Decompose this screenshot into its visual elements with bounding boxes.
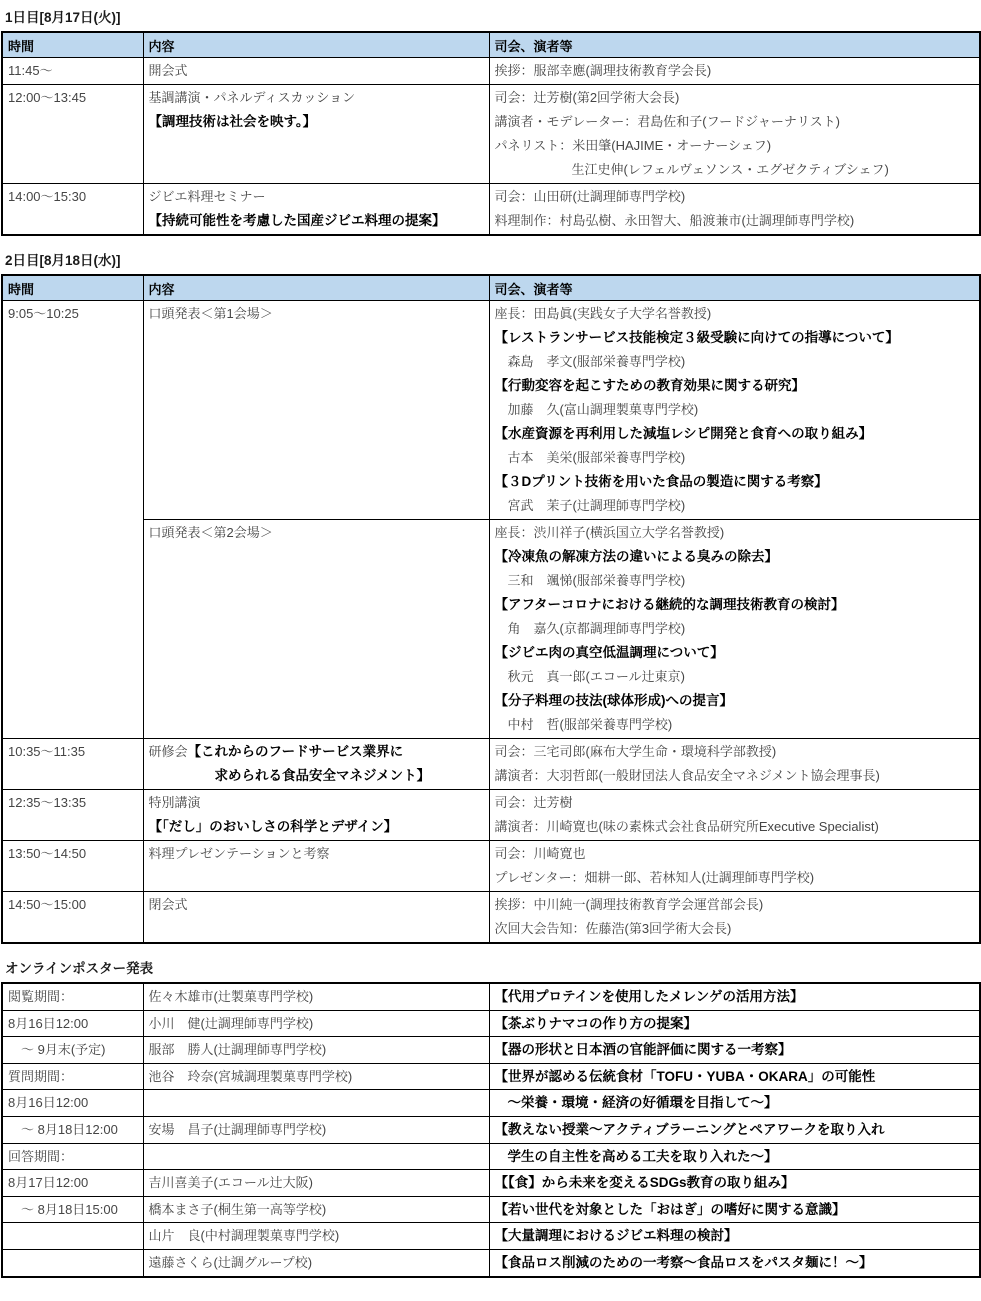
text-line: 生江史伸(レフェルヴェソンス・エグゼクティブシェフ) — [495, 158, 975, 182]
poster-period-cell: 8月16日12:00 — [2, 1010, 143, 1037]
text-line: 橋本まさ子(桐生第一高等学校) — [149, 1198, 484, 1222]
schedule-row: 12:35～13:35特別講演【「だし」のおいしさの科学とデザイン】司会：辻芳樹… — [2, 790, 980, 841]
day2-title: 2日目[8月18日(水)] — [5, 249, 980, 269]
section-day1: 1日目[8月17日(火)] 時間 内容 司会、演者等 11:45～開会式挨拶：服… — [1, 6, 980, 236]
text-line: 【分子料理の技法(球体形成)への提言】 — [495, 689, 975, 713]
text-line: 回答期間： — [8, 1145, 138, 1169]
day2-header-row: 時間 内容 司会、演者等 — [2, 275, 980, 301]
poster-row: 山片 良(中村調理製菓専門学校)【大量調理におけるジビエ料理の検討】 — [2, 1223, 980, 1250]
text-line: 【代用プロテインを使用したメレンゲの活用方法】 — [495, 985, 975, 1009]
text-line: 森島 孝文(服部栄養専門学校) — [495, 350, 975, 374]
poster-title: オンラインポスター発表 — [5, 957, 980, 977]
poster-title-cell: 【教えない授業～アクティブラーニングとペアワークを取り入れ — [489, 1116, 980, 1143]
time-cell: 13:50～14:50 — [2, 841, 143, 892]
text-line: 司会：辻芳樹(第2回学術大会長) — [495, 86, 975, 110]
poster-row: ～ 8月18日12:00安場 昌子(辻調理師専門学校)【教えない授業～アクティブ… — [2, 1116, 980, 1143]
poster-period-cell: ～ 8月18日15:00 — [2, 1196, 143, 1223]
poster-presenter-cell: 池谷 玲奈(宮城調理製菓専門学校) — [143, 1063, 489, 1090]
poster-title-cell: 【食品ロス削減のための一考察～食品ロスをパスタ麺に！～】 — [489, 1249, 980, 1276]
text-line: 14:00～15:30 — [8, 185, 138, 209]
poster-period-cell: ～ 9月末(予定) — [2, 1037, 143, 1064]
schedule-row: 口頭発表＜第2会場＞座長：渋川祥子(横浜国立大学名誉教授)【冷凍魚の解凍方法の違… — [2, 520, 980, 739]
content-cell: 口頭発表＜第1会場＞ — [143, 301, 489, 520]
day1-table-body: 11:45～開会式挨拶：服部幸應(調理技術教育学会長)12:00～13:45基調… — [2, 58, 980, 236]
text-line: 古本 美栄(服部栄養専門学校) — [495, 446, 975, 470]
text-line: 11:45～ — [8, 59, 138, 83]
poster-presenter-cell: 遠藤さくら(辻調グループ校) — [143, 1249, 489, 1276]
text-line: 角 嘉久(京都調理師専門学校) — [495, 617, 975, 641]
text-line: 中村 哲(服部栄養専門学校) — [495, 713, 975, 737]
text-line: 10:35～11:35 — [8, 740, 138, 764]
text-line: 講演者：大羽哲郎(一般財団法人食品安全マネジメント協会理事長) — [495, 764, 975, 788]
text-line: 求められる食品安全マネジメント】 — [149, 764, 484, 788]
text-line: 13:50～14:50 — [8, 842, 138, 866]
poster-title-cell: 【世界が認める伝統食材「TOFU・YUBA・OKARA」の可能性 — [489, 1063, 980, 1090]
text-line — [8, 1251, 138, 1275]
time-cell: 12:00～13:45 — [2, 85, 143, 184]
text-line: 司会：辻芳樹 — [495, 791, 975, 815]
schedule-row: 13:50～14:50料理プレゼンテーションと考察司会：川崎寛也プレゼンター：畑… — [2, 841, 980, 892]
text-line: 9:05～10:25 — [8, 302, 138, 326]
text-line: 【持続可能性を考慮した国産ジビエ料理の提案】 — [149, 209, 484, 233]
text-line: 司会：川崎寛也 — [495, 842, 975, 866]
time-cell: 14:00～15:30 — [2, 184, 143, 236]
poster-period-cell: 閲覧期間： — [2, 983, 143, 1010]
text-line — [8, 1224, 138, 1248]
poster-title-cell: 【【食】から未来を変えるSDGs教育の取り組み】 — [489, 1170, 980, 1197]
text-line: 8月17日12:00 — [8, 1171, 138, 1195]
text-line: 【大量調理におけるジビエ料理の検討】 — [495, 1224, 975, 1248]
text-line: 【レストランサービス技能検定３級受験に向けての指導について】 — [495, 326, 975, 350]
poster-period-cell: 8月16日12:00 — [2, 1090, 143, 1117]
text-line: 服部 勝人(辻調理師専門学校) — [149, 1038, 484, 1062]
text-line: 挨拶：服部幸應(調理技術教育学会長) — [495, 59, 975, 83]
poster-title-cell: 【若い世代を対象とした「おはぎ」の嗜好に関する意識】 — [489, 1196, 980, 1223]
text-line: 池谷 玲奈(宮城調理製菓専門学校) — [149, 1065, 484, 1089]
poster-row: 回答期間： 学生の自主性を高める工夫を取り入れた～】 — [2, 1143, 980, 1170]
poster-row: 8月17日12:00吉川喜美子(エコール辻大阪)【【食】から未来を変えるSDGs… — [2, 1170, 980, 1197]
text-line: 講演者・モデレーター：君島佐和子(フードジャーナリスト) — [495, 110, 975, 134]
text-line: 座長：渋川祥子(横浜国立大学名誉教授) — [495, 521, 975, 545]
schedule-row: 14:00～15:30ジビエ料理セミナー【持続可能性を考慮した国産ジビエ料理の提… — [2, 184, 980, 236]
poster-title-cell: 【代用プロテインを使用したメレンゲの活用方法】 — [489, 983, 980, 1010]
text-line: 特別講演 — [149, 791, 484, 815]
text-line: 佐々木雄市(辻製菓専門学校) — [149, 985, 484, 1009]
text-line: 【アフターコロナにおける継続的な調理技術教育の検討】 — [495, 593, 975, 617]
people-cell: 司会：山田研(辻調理師専門学校)料理制作：村島弘樹、永田智大、船渡兼市(辻調理師… — [489, 184, 980, 236]
poster-title-cell: 【器の形状と日本酒の官能評価に関する一考察】 — [489, 1037, 980, 1064]
poster-presenter-cell: 小川 健(辻調理師専門学校) — [143, 1010, 489, 1037]
text-line: 【【食】から未来を変えるSDGs教育の取り組み】 — [495, 1171, 975, 1195]
people-cell: 司会：川崎寛也プレゼンター：畑耕一郎、若林知人(辻調理師専門学校) — [489, 841, 980, 892]
time-cell: 11:45～ — [2, 58, 143, 85]
time-cell: 12:35～13:35 — [2, 790, 143, 841]
text-line: 安場 昌子(辻調理師専門学校) — [149, 1118, 484, 1142]
poster-presenter-cell: 山片 良(中村調理製菓専門学校) — [143, 1223, 489, 1250]
people-cell: 司会：辻芳樹(第2回学術大会長)講演者・モデレーター：君島佐和子(フードジャーナ… — [489, 85, 980, 184]
time-cell: 14:50～15:00 — [2, 892, 143, 944]
people-cell: 座長：渋川祥子(横浜国立大学名誉教授)【冷凍魚の解凍方法の違いによる臭みの除去】… — [489, 520, 980, 739]
content-cell: 基調講演・パネルディスカッション【調理技術は社会を映す。】 — [143, 85, 489, 184]
poster-title-cell: 学生の自主性を高める工夫を取り入れた～】 — [489, 1143, 980, 1170]
people-cell: 挨拶：服部幸應(調理技術教育学会長) — [489, 58, 980, 85]
people-cell: 司会：三宅司郎(麻布大学生命・環境科学部教授)講演者：大羽哲郎(一般財団法人食品… — [489, 739, 980, 790]
text-line: 【食品ロス削減のための一考察～食品ロスをパスタ麺に！～】 — [495, 1251, 975, 1275]
poster-table: 閲覧期間：佐々木雄市(辻製菓専門学校)【代用プロテインを使用したメレンゲの活用方… — [1, 982, 981, 1278]
content-cell: 研修会【これからのフードサービス業界に求められる食品安全マネジメント】 — [143, 739, 489, 790]
day1-col-header-content: 内容 — [143, 32, 489, 58]
text-line: 研修会【これからのフードサービス業界に — [149, 740, 484, 764]
poster-title-cell: 【大量調理におけるジビエ料理の検討】 — [489, 1223, 980, 1250]
poster-presenter-cell: 服部 勝人(辻調理師専門学校) — [143, 1037, 489, 1064]
text-line: 秋元 真一郎(エコール辻東京) — [495, 665, 975, 689]
text-line: 閉会式 — [149, 893, 484, 917]
people-cell: 司会：辻芳樹講演者：川崎寛也(味の素株式会社食品研究所Executive Spe… — [489, 790, 980, 841]
text-line: 開会式 — [149, 59, 484, 83]
text-line — [149, 1145, 484, 1169]
day2-col-header-content: 内容 — [143, 275, 489, 301]
poster-row: ～ 9月末(予定)服部 勝人(辻調理師専門学校)【器の形状と日本酒の官能評価に関… — [2, 1037, 980, 1064]
text-line: 【教えない授業～アクティブラーニングとペアワークを取り入れ — [495, 1118, 975, 1142]
poster-period-cell: 8月17日12:00 — [2, 1170, 143, 1197]
poster-period-cell — [2, 1249, 143, 1276]
text-line: 座長：田島眞(実践女子大学名誉教授) — [495, 302, 975, 326]
poster-row: 質問期間：池谷 玲奈(宮城調理製菓専門学校)【世界が認める伝統食材「TOFU・Y… — [2, 1063, 980, 1090]
content-cell: 閉会式 — [143, 892, 489, 944]
poster-row: 遠藤さくら(辻調グループ校)【食品ロス削減のための一考察～食品ロスをパスタ麺に！… — [2, 1249, 980, 1276]
text-line: 14:50～15:00 — [8, 893, 138, 917]
poster-presenter-cell: 佐々木雄市(辻製菓専門学校) — [143, 983, 489, 1010]
people-cell: 座長：田島眞(実践女子大学名誉教授)【レストランサービス技能検定３級受験に向けて… — [489, 301, 980, 520]
text-line: 講演者：川崎寛也(味の素株式会社食品研究所Executive Specialis… — [495, 815, 975, 839]
text-line: 挨拶：中川純一(調理技術教育学会運営部会長) — [495, 893, 975, 917]
day1-col-header-time: 時間 — [2, 32, 143, 58]
people-cell: 挨拶：中川純一(調理技術教育学会運営部会長)次回大会告知：佐藤浩(第3回学術大会… — [489, 892, 980, 944]
text-line: 次回大会告知：佐藤浩(第3回学術大会長) — [495, 917, 975, 941]
text-line: 【「だし」のおいしさの科学とデザイン】 — [149, 815, 484, 839]
poster-row: 閲覧期間：佐々木雄市(辻製菓専門学校)【代用プロテインを使用したメレンゲの活用方… — [2, 983, 980, 1010]
text-line: 【ジビエ肉の真空低温調理について】 — [495, 641, 975, 665]
text-line: 料理プレゼンテーションと考察 — [149, 842, 484, 866]
text-line: ジビエ料理セミナー — [149, 185, 484, 209]
text-line: パネリスト：米田肇(HAJIME・オーナーシェフ) — [495, 134, 975, 158]
text-line: 口頭発表＜第1会場＞ — [149, 302, 484, 326]
poster-row: 8月16日12:00 ～栄養・環境・経済の好循環を目指して～】 — [2, 1090, 980, 1117]
text-line: 【若い世代を対象とした「おはぎ」の嗜好に関する意識】 — [495, 1198, 975, 1222]
text-line: 【３Dプリント技術を用いた食品の製造に関する考察】 — [495, 470, 975, 494]
section-day2: 2日目[8月18日(水)] 時間 内容 司会、演者等 9:05～10:25口頭発… — [1, 249, 980, 944]
text-line: プレゼンター：畑耕一郎、若林知人(辻調理師専門学校) — [495, 866, 975, 890]
time-cell: 9:05～10:25 — [2, 301, 143, 739]
text-line: ～ 8月18日12:00 — [8, 1118, 138, 1142]
text-line: 【茶ぶりナマコの作り方の提案】 — [495, 1012, 975, 1036]
text-line: 宮武 茉子(辻調理師専門学校) — [495, 494, 975, 518]
day2-col-header-time: 時間 — [2, 275, 143, 301]
poster-presenter-cell — [143, 1090, 489, 1117]
poster-presenter-cell — [143, 1143, 489, 1170]
text-line: ～栄養・環境・経済の好循環を目指して～】 — [495, 1091, 975, 1115]
text-line: 【器の形状と日本酒の官能評価に関する一考察】 — [495, 1038, 975, 1062]
text-line: 吉川喜美子(エコール辻大阪) — [149, 1171, 484, 1195]
day2-col-header-people: 司会、演者等 — [489, 275, 980, 301]
text-line: ～ 8月18日15:00 — [8, 1198, 138, 1222]
poster-presenter-cell: 安場 昌子(辻調理師専門学校) — [143, 1116, 489, 1143]
day2-schedule-table: 時間 内容 司会、演者等 9:05～10:25口頭発表＜第1会場＞座長：田島眞(… — [1, 274, 981, 944]
text-line: 【世界が認める伝統食材「TOFU・YUBA・OKARA」の可能性 — [495, 1065, 975, 1089]
text-line: 基調講演・パネルディスカッション — [149, 86, 484, 110]
poster-presenter-cell: 橋本まさ子(桐生第一高等学校) — [143, 1196, 489, 1223]
text-line: 三和 颯悌(服部栄養専門学校) — [495, 569, 975, 593]
text-line: 【冷凍魚の解凍方法の違いによる臭みの除去】 — [495, 545, 975, 569]
text-line: 【行動変容を起こすための教育効果に関する研究】 — [495, 374, 975, 398]
poster-period-cell — [2, 1223, 143, 1250]
content-cell: 開会式 — [143, 58, 489, 85]
text-line: 山片 良(中村調理製菓専門学校) — [149, 1224, 484, 1248]
text-line — [149, 1091, 484, 1115]
conference-program-document: 1日目[8月17日(火)] 時間 内容 司会、演者等 11:45～開会式挨拶：服… — [0, 0, 981, 1301]
poster-table-body: 閲覧期間：佐々木雄市(辻製菓専門学校)【代用プロテインを使用したメレンゲの活用方… — [2, 983, 980, 1277]
poster-title-cell: ～栄養・環境・経済の好循環を目指して～】 — [489, 1090, 980, 1117]
poster-presenter-cell: 吉川喜美子(エコール辻大阪) — [143, 1170, 489, 1197]
poster-title-cell: 【茶ぶりナマコの作り方の提案】 — [489, 1010, 980, 1037]
day1-title: 1日目[8月17日(火)] — [5, 6, 980, 26]
schedule-row: 11:45～開会式挨拶：服部幸應(調理技術教育学会長) — [2, 58, 980, 85]
text-line: 12:35～13:35 — [8, 791, 138, 815]
text-line: 小川 健(辻調理師専門学校) — [149, 1012, 484, 1036]
poster-period-cell: ～ 8月18日12:00 — [2, 1116, 143, 1143]
content-cell: 口頭発表＜第2会場＞ — [143, 520, 489, 739]
text-line: 司会：山田研(辻調理師専門学校) — [495, 185, 975, 209]
schedule-row: 10:35～11:35研修会【これからのフードサービス業界に求められる食品安全マ… — [2, 739, 980, 790]
text-line: 口頭発表＜第2会場＞ — [149, 521, 484, 545]
poster-row: 8月16日12:00小川 健(辻調理師専門学校)【茶ぶりナマコの作り方の提案】 — [2, 1010, 980, 1037]
content-cell: ジビエ料理セミナー【持続可能性を考慮した国産ジビエ料理の提案】 — [143, 184, 489, 236]
content-cell: 特別講演【「だし」のおいしさの科学とデザイン】 — [143, 790, 489, 841]
day1-header-row: 時間 内容 司会、演者等 — [2, 32, 980, 58]
time-cell: 10:35～11:35 — [2, 739, 143, 790]
content-cell: 料理プレゼンテーションと考察 — [143, 841, 489, 892]
day1-schedule-table: 時間 内容 司会、演者等 11:45～開会式挨拶：服部幸應(調理技術教育学会長)… — [1, 31, 981, 236]
text-line: 12:00～13:45 — [8, 86, 138, 110]
schedule-row: 14:50～15:00閉会式挨拶：中川純一(調理技術教育学会運営部会長)次回大会… — [2, 892, 980, 944]
poster-row: ～ 8月18日15:00橋本まさ子(桐生第一高等学校)【若い世代を対象とした「お… — [2, 1196, 980, 1223]
poster-period-cell: 回答期間： — [2, 1143, 143, 1170]
text-line: 8月16日12:00 — [8, 1091, 138, 1115]
text-line: 遠藤さくら(辻調グループ校) — [149, 1251, 484, 1275]
text-line: 司会：三宅司郎(麻布大学生命・環境科学部教授) — [495, 740, 975, 764]
text-line: 料理制作：村島弘樹、永田智大、船渡兼市(辻調理師専門学校) — [495, 209, 975, 233]
text-line: 【調理技術は社会を映す。】 — [149, 110, 484, 134]
text-line: 加藤 久(富山調理製菓専門学校) — [495, 398, 975, 422]
schedule-row: 9:05～10:25口頭発表＜第1会場＞座長：田島眞(実践女子大学名誉教授)【レ… — [2, 301, 980, 520]
day2-table-body: 9:05～10:25口頭発表＜第1会場＞座長：田島眞(実践女子大学名誉教授)【レ… — [2, 301, 980, 944]
schedule-row: 12:00～13:45基調講演・パネルディスカッション【調理技術は社会を映す。】… — [2, 85, 980, 184]
section-online-poster: オンラインポスター発表 閲覧期間：佐々木雄市(辻製菓専門学校)【代用プロテインを… — [1, 957, 980, 1278]
text-line: ～ 9月末(予定) — [8, 1038, 138, 1062]
text-line: 閲覧期間： — [8, 985, 138, 1009]
text-line: 学生の自主性を高める工夫を取り入れた～】 — [495, 1145, 975, 1169]
text-line: 【水産資源を再利用した減塩レシピ開発と食育への取り組み】 — [495, 422, 975, 446]
day1-col-header-people: 司会、演者等 — [489, 32, 980, 58]
poster-period-cell: 質問期間： — [2, 1063, 143, 1090]
text-line: 質問期間： — [8, 1065, 138, 1089]
text-line: 8月16日12:00 — [8, 1012, 138, 1036]
